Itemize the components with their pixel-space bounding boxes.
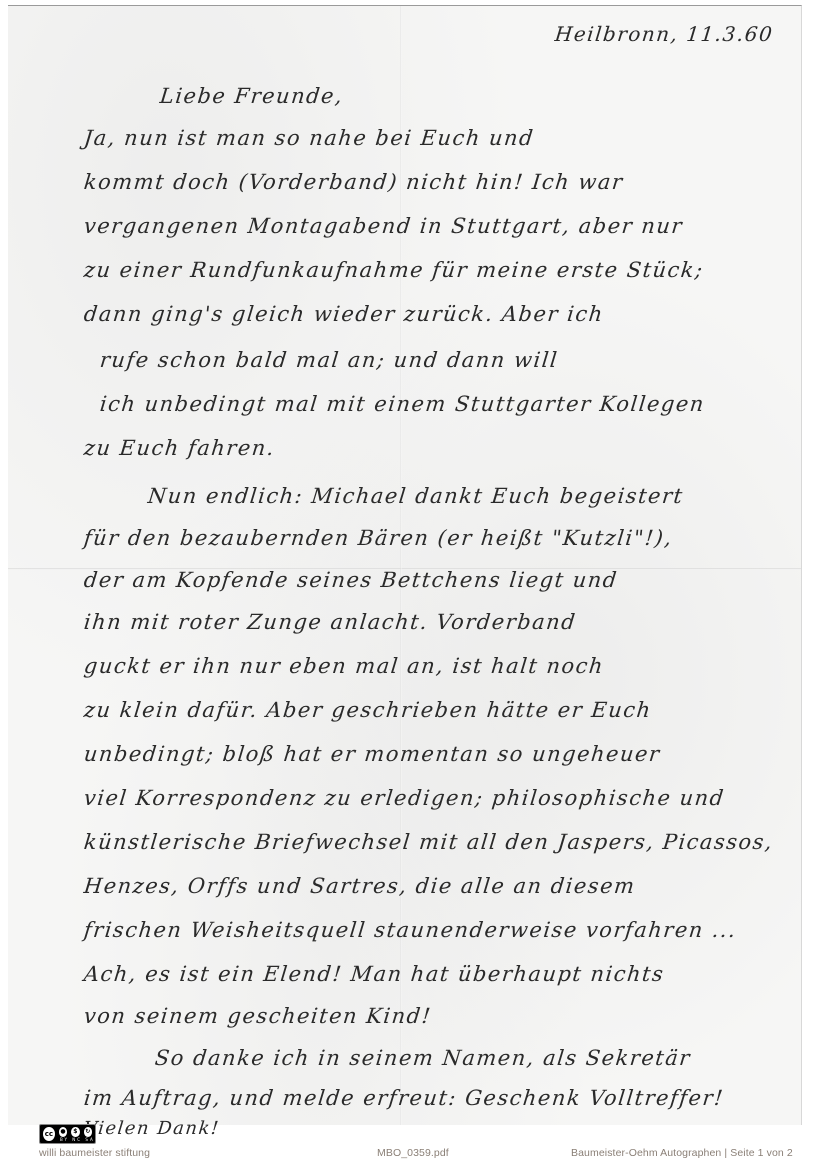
letter-line: Ach, es ist ein Elend! Man hat überhaupt… (83, 962, 666, 986)
cc-by-nc-sa-icon[interactable]: cc ● $ ↻ BY NC SA (39, 1124, 96, 1144)
letter-line: Henzes, Orffs und Sartres, die alle an d… (83, 874, 637, 898)
footer-filename: MBO_0359.pdf (377, 1147, 449, 1159)
letter-salutation: Liebe Freunde, (159, 84, 345, 108)
letter-line: rufe schon bald mal an; und dann will (99, 348, 560, 372)
letter-line: Vielen Dank! (83, 1118, 221, 1139)
letter-line: viel Korrespondenz zu erledigen; philoso… (83, 786, 726, 810)
footer-organization: willi baumeister stiftung (39, 1147, 150, 1159)
letter-line: guckt er ihn nur eben mal an, ist halt n… (83, 654, 606, 678)
footer-collection-page: Baumeister-Oehm Autographen | Seite 1 vo… (571, 1147, 793, 1159)
letter-line: zu Euch fahren. (83, 436, 277, 460)
letter-line: zu klein dafür. Aber geschrieben hätte e… (83, 698, 653, 722)
sa-label: SA (85, 1137, 94, 1142)
letter-line: Nun endlich: Michael dankt Euch begeiste… (147, 484, 685, 508)
letter-line: ihn mit roter Zunge anlacht. Vorderband (83, 610, 578, 634)
letter-line: vergangenen Montagabend in Stuttgart, ab… (83, 214, 685, 238)
letter-line: im Auftrag, und melde erfreut: Geschenk … (83, 1086, 726, 1110)
letter-line: dann ging's gleich wieder zurück. Aber i… (83, 302, 605, 326)
by-label: BY (60, 1137, 69, 1142)
letter-line: Ja, nun ist man so nahe bei Euch und (83, 126, 536, 150)
letter-line: So danke ich in seinem Namen, als Sekret… (154, 1046, 692, 1070)
letter-line: der am Kopfende seines Bettchens liegt u… (83, 568, 619, 592)
letter-line: unbedingt; bloß hat er momentan so ungeh… (83, 742, 662, 766)
letter-line: frischen Weisheitsquell staunenderweise … (83, 918, 738, 942)
letter-line: kommt doch (Vorderband) nicht hin! Ich w… (83, 170, 625, 194)
letter-line: künstlerische Briefwechsel mit all den J… (83, 830, 775, 854)
letter-line: von seinem gescheiten Kind! (83, 1004, 433, 1028)
license-sublabel: BY NC SA (60, 1137, 95, 1142)
nc-label: NC (72, 1137, 82, 1142)
letter-line: ich unbedingt mal mit einem Stuttgarter … (99, 392, 706, 416)
cc-icon: cc (42, 1126, 56, 1142)
letter-line: für den bezaubernden Bären (er heißt "Ku… (83, 526, 674, 550)
letter-line: zu einer Rundfunkaufnahme für meine erst… (83, 258, 705, 282)
letter-place-date: Heilbronn, 11.3.60 (554, 22, 775, 46)
